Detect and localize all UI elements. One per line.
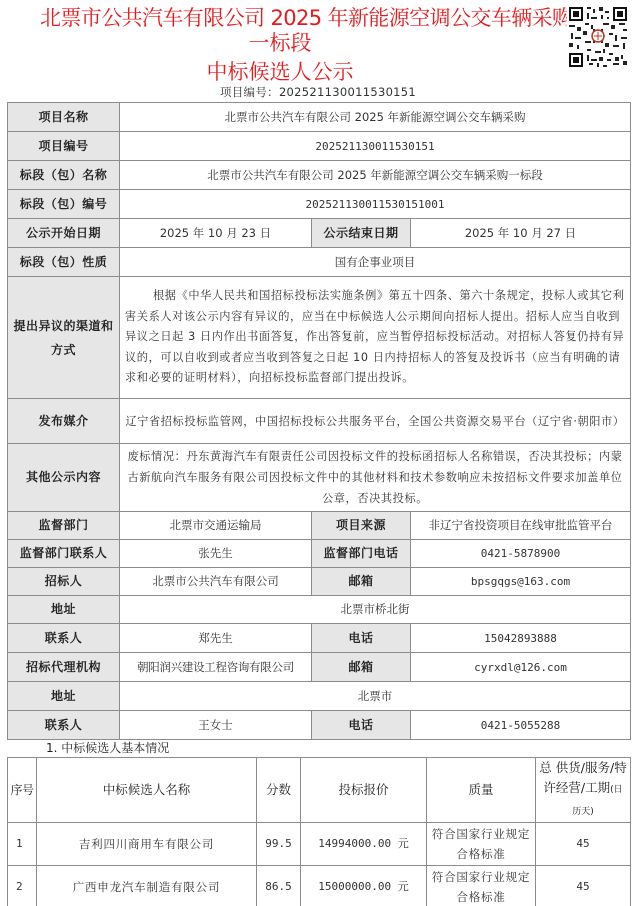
label-supervisor: 监督部门 (8, 512, 120, 540)
candidates-header-row: 序号 中标候选人名称 分数 投标报价 质量 总 供货/服务/特许经营/工期(日历… (8, 758, 631, 823)
candidate-quality: 符合国家行业规定合格标准 (427, 866, 536, 906)
candidate-seq: 2 (8, 866, 37, 906)
value-tenderer-email[interactable]: bpsgqgs@163.com (411, 568, 631, 596)
label-supervisor-phone: 监督部门电话 (312, 540, 411, 568)
value-agency-email[interactable]: cyrxdl@126.com (411, 653, 631, 682)
candidate-row: 1 吉利四川商用车有限公司 99.5 14994000.00 元 符合国家行业规… (8, 823, 631, 866)
value-agency-address: 北票市 (120, 682, 631, 711)
label-tenderer-phone: 电话 (312, 624, 411, 653)
title-line-2: 一标段 (0, 31, 560, 55)
row-project-no: 项目编号 202521130011530151 (8, 132, 631, 161)
row-agency: 招标代理机构 朝阳润兴建设工程咨询有限公司 邮箱 cyrxdl@126.com (8, 653, 631, 682)
col-header-price: 投标报价 (301, 758, 427, 823)
row-project-name: 项目名称 北票市公共汽车有限公司 2025 年新能源空调公交车辆采购 (8, 103, 631, 132)
value-tenderer: 北票市公共汽车有限公司 (120, 568, 312, 596)
label-start-date: 公示开始日期 (8, 219, 120, 248)
title-line-1: 北票市公共汽车有限公司 2025 年新能源空调公交车辆采购 (40, 6, 560, 30)
candidate-seq: 1 (8, 823, 37, 866)
project-number-line: 项目编号：202521130011530151 (0, 86, 636, 99)
col-header-name: 中标候选人名称 (37, 758, 257, 823)
value-section-nature: 国有企事业项目 (120, 248, 631, 277)
value-agency-contact: 王女士 (120, 711, 312, 740)
label-tenderer-email: 邮箱 (312, 568, 411, 596)
label-section-nature: 标段（包）性质 (8, 248, 120, 277)
candidate-score: 86.5 (257, 866, 301, 906)
col-header-quality: 质量 (427, 758, 536, 823)
label-tenderer: 招标人 (8, 568, 120, 596)
value-objection: 根据《中华人民共和国招标投标法实施条例》第五十四条、第六十条规定，投标人或其它利… (120, 277, 631, 399)
row-supervisor-contact: 监督部门联系人 张先生 监督部门电话 0421-5878900 (8, 540, 631, 568)
row-media: 发布媒介 辽宁省招标投标监管网，中国招标投标公共服务平台，全国公共资源交易平台（… (8, 399, 631, 444)
candidate-name: 广西申龙汽车制造有限公司 (37, 866, 257, 906)
candidate-quality: 符合国家行业规定合格标准 (427, 823, 536, 866)
row-agency-address: 地址 北票市 (8, 682, 631, 711)
label-other: 其他公示内容 (8, 444, 120, 512)
label-agency-address: 地址 (8, 682, 120, 711)
label-end-date: 公示结束日期 (312, 219, 411, 248)
label-section-no: 标段（包）编号 (8, 190, 120, 219)
candidate-period: 45 (536, 823, 631, 866)
candidate-price: 15000000.00 元 (301, 866, 427, 906)
qr-code-icon (567, 5, 629, 69)
candidates-section-heading: 1. 中标候选人基本情况 (46, 741, 169, 755)
label-supervisor-contact: 监督部门联系人 (8, 540, 120, 568)
value-end-date: 2025 年 10 月 27 日 (411, 219, 631, 248)
label-media: 发布媒介 (8, 399, 120, 444)
value-other: 废标情况：丹东黄海汽车有限责任公司因投标文件的投标函招标人名称错误，否决其投标；… (120, 444, 631, 512)
value-agency-phone: 0421-5055288 (411, 711, 631, 740)
announcement-info-table: 项目名称 北票市公共汽车有限公司 2025 年新能源空调公交车辆采购 项目编号 … (7, 102, 631, 740)
value-supervisor-phone: 0421-5878900 (411, 540, 631, 568)
label-agency-email: 邮箱 (312, 653, 411, 682)
candidate-period: 45 (536, 866, 631, 906)
label-project-no: 项目编号 (8, 132, 120, 161)
row-section-nature: 标段（包）性质 国有企事业项目 (8, 248, 631, 277)
row-dates: 公示开始日期 2025 年 10 月 23 日 公示结束日期 2025 年 10… (8, 219, 631, 248)
value-project-source: 非辽宁省投资项目在线审批监管平台 (411, 512, 631, 540)
col-header-seq: 序号 (8, 758, 37, 823)
candidate-score: 99.5 (257, 823, 301, 866)
value-section-no: 202521130011530151001 (120, 190, 631, 219)
value-media: 辽宁省招标投标监管网，中国招标投标公共服务平台，全国公共资源交易平台（辽宁省·朝… (120, 399, 631, 444)
row-tenderer-contact: 联系人 郑先生 电话 15042893888 (8, 624, 631, 653)
row-tenderer: 招标人 北票市公共汽车有限公司 邮箱 bpsgqgs@163.com (8, 568, 631, 596)
value-tenderer-contact: 郑先生 (120, 624, 312, 653)
col-header-score: 分数 (257, 758, 301, 823)
objection-text: 根据《中华人民共和国招标投标法实施条例》第五十四条、第六十条规定，投标人或其它利… (125, 289, 625, 384)
label-tenderer-address: 地址 (8, 596, 120, 624)
value-tenderer-phone: 15042893888 (411, 624, 631, 653)
col-header-period: 总 供货/服务/特许经营/工期(日历天) (536, 758, 631, 823)
project-number-label: 项目编号： (220, 85, 279, 99)
candidate-row: 2 广西申龙汽车制造有限公司 86.5 15000000.00 元 符合国家行业… (8, 866, 631, 906)
value-project-name: 北票市公共汽车有限公司 2025 年新能源空调公交车辆采购 (120, 103, 631, 132)
value-start-date: 2025 年 10 月 23 日 (120, 219, 312, 248)
candidate-price: 14994000.00 元 (301, 823, 427, 866)
row-objection: 提出异议的渠道和方式 根据《中华人民共和国招标投标法实施条例》第五十四条、第六十… (8, 277, 631, 399)
label-agency-phone: 电话 (312, 711, 411, 740)
value-agency: 朝阳润兴建设工程咨询有限公司 (120, 653, 312, 682)
value-section-name: 北票市公共汽车有限公司 2025 年新能源空调公交车辆采购一标段 (120, 161, 631, 190)
value-project-no: 202521130011530151 (120, 132, 631, 161)
row-other: 其他公示内容 废标情况：丹东黄海汽车有限责任公司因投标文件的投标函招标人名称错误… (8, 444, 631, 512)
value-tenderer-address: 北票市桥北街 (120, 596, 631, 624)
label-objection: 提出异议的渠道和方式 (8, 277, 120, 399)
label-project-source: 项目来源 (312, 512, 411, 540)
row-section-no: 标段（包）编号 202521130011530151001 (8, 190, 631, 219)
value-supervisor-contact: 张先生 (120, 540, 312, 568)
row-supervisor: 监督部门 北票市交通运输局 项目来源 非辽宁省投资项目在线审批监管平台 (8, 512, 631, 540)
row-section-name: 标段（包）名称 北票市公共汽车有限公司 2025 年新能源空调公交车辆采购一标段 (8, 161, 631, 190)
candidates-table: 序号 中标候选人名称 分数 投标报价 质量 总 供货/服务/特许经营/工期(日历… (7, 757, 631, 906)
label-tenderer-contact: 联系人 (8, 624, 120, 653)
label-section-name: 标段（包）名称 (8, 161, 120, 190)
label-project-name: 项目名称 (8, 103, 120, 132)
title-line-3: 中标候选人公示 (0, 60, 560, 84)
candidate-name: 吉利四川商用车有限公司 (37, 823, 257, 866)
label-agency: 招标代理机构 (8, 653, 120, 682)
project-number-value: 202521130011530151 (279, 85, 416, 99)
row-agency-contact: 联系人 王女士 电话 0421-5055288 (8, 711, 631, 740)
label-agency-contact: 联系人 (8, 711, 120, 740)
row-tenderer-address: 地址 北票市桥北街 (8, 596, 631, 624)
value-supervisor: 北票市交通运输局 (120, 512, 312, 540)
